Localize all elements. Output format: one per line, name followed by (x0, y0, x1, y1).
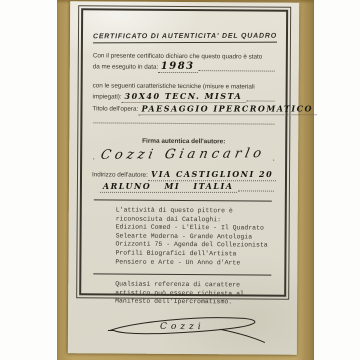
signature-row: Cozzi Giancarlo (92, 146, 275, 162)
address-handwritten-line1: VIA CASTIGLIONI 20 (148, 170, 276, 181)
certificate-paper: CERTIFICATO DI AUTENTICITA' DEL QUADRO C… (68, 1, 299, 355)
address-row: Indirizzo dell'autore: VIA CASTIGLIONI 2… (92, 169, 275, 181)
catalog-block: L'attività di questo pittore è riconosci… (115, 207, 274, 268)
section-divider (94, 199, 272, 201)
work-title-row: Titolo dell'opera: PAESAGGIO IPERCROMATI… (92, 103, 275, 115)
tech-row: impiegati): 30X40 TECN. MISTA (93, 91, 276, 103)
address-label: Indirizzo dell'autore: (92, 170, 148, 180)
dotted-leader (199, 63, 275, 72)
certificate-frame: CERTIFICATO DI AUTENTICITA' DEL QUADRO C… (76, 5, 291, 299)
address-handwritten-line2: ARLUNO MI ITALIA (100, 182, 237, 193)
date-label: da me eseguito in data: (93, 62, 159, 72)
author-signature-handwritten: Cozzi Giancarlo (93, 146, 274, 163)
tech-label: impiegati): (93, 92, 122, 102)
dotted-leader (246, 93, 274, 101)
section-divider (93, 274, 271, 276)
empty-dotted-row (92, 115, 275, 126)
bottom-signature-text: Cozzi (160, 322, 205, 332)
bottom-signature-flourish: Cozzi (102, 303, 282, 350)
work-title-label: Titolo dell'opera: (92, 104, 138, 114)
dotted-leader (93, 115, 274, 124)
date-row: da me eseguito in data: 1983 (93, 61, 276, 73)
signature-label: Firma autentica dell'autore: (92, 137, 275, 145)
certificate-content: CERTIFICATO DI AUTENTICITA' DEL QUADRO C… (81, 10, 286, 294)
dotted-leader (273, 153, 274, 161)
certificate-title: CERTIFICATO DI AUTENTICITA' DEL QUADRO (93, 33, 277, 44)
date-handwritten-value: 1983 (158, 62, 198, 73)
address-row-2: ARLUNO MI ITALIA (92, 181, 275, 193)
dotted-leader (237, 183, 274, 191)
certificate-frame-inner: CERTIFICATO DI AUTENTICITA' DEL QUADRO C… (79, 8, 288, 296)
tech-handwritten-value: 30X40 TECN. MISTA (122, 92, 246, 103)
catalog-line: Pensiero e Arte - Un Anno d'Arte (115, 258, 274, 268)
work-title-handwritten-value: PAESAGGIO IPERCROMATICO (138, 104, 316, 115)
